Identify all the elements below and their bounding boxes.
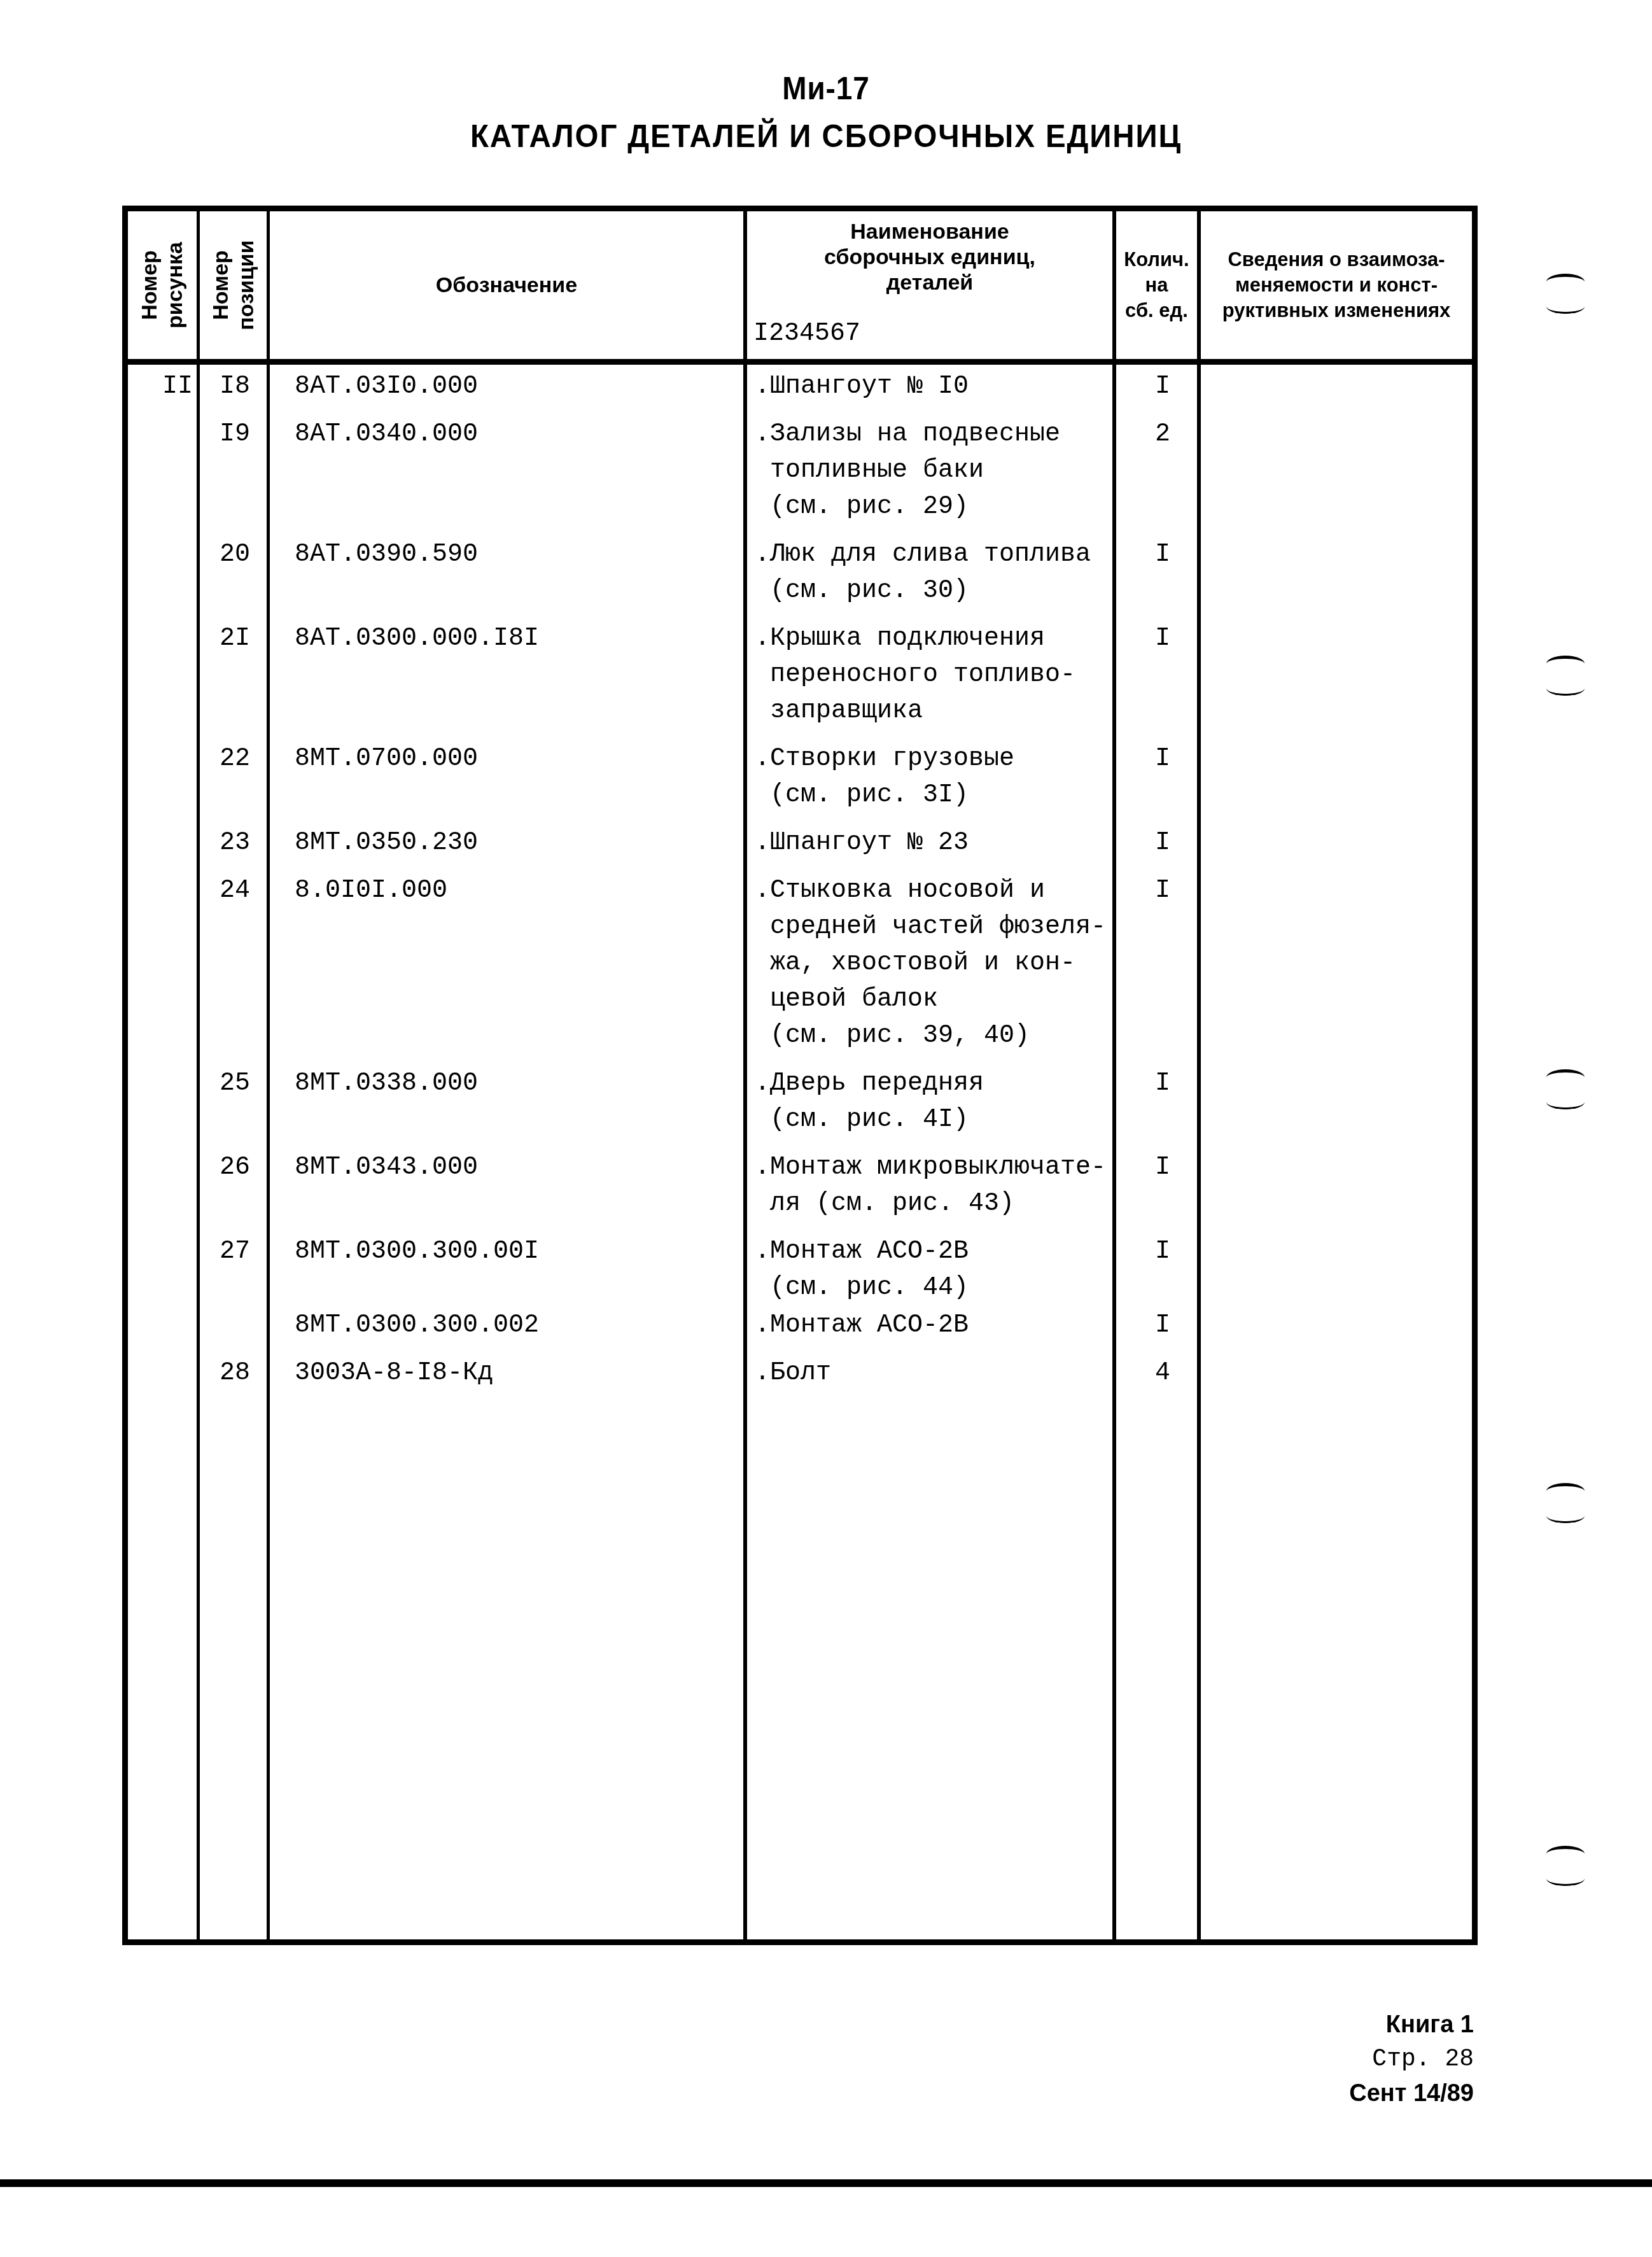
designation-cell: 8МТ.0700.000 xyxy=(295,741,478,777)
position-number-cell: 20 xyxy=(203,537,267,573)
designation-cell: 8МТ.0300.300.002 xyxy=(295,1307,539,1344)
column-divider xyxy=(267,211,270,1939)
header-position-number-label: Номер позиции xyxy=(208,240,259,330)
part-name-cell: .Болт xyxy=(755,1355,831,1391)
part-name-cell: .Крышка подключения переносного топливо-… xyxy=(755,621,1075,729)
quantity-cell: I xyxy=(1124,621,1201,657)
quantity-cell: I xyxy=(1124,1234,1201,1270)
quantity-cell: I xyxy=(1124,369,1201,405)
part-name-cell: .Шпангоут № 23 xyxy=(755,825,969,861)
position-number-cell: 25 xyxy=(203,1065,267,1102)
binder-hole-mark xyxy=(1546,274,1591,312)
binder-hole-mark xyxy=(1546,1483,1591,1521)
header-figure-number: Номер рисунка xyxy=(128,211,197,359)
footer-page: Стр. 28 xyxy=(1372,2046,1474,2073)
header-separator xyxy=(128,359,1472,365)
footer-date: Сент 14/89 xyxy=(1349,2080,1474,2107)
part-name-cell: .Створки грузовые (см. рис. 3I) xyxy=(755,741,1014,813)
position-number-cell: 23 xyxy=(203,825,267,861)
header-quantity: Колич. на сб. ед. xyxy=(1116,211,1197,359)
document-subtitle: КАТАЛОГ ДЕТАЛЕЙ И СБОРОЧНЫХ ЕДИНИЦ xyxy=(41,118,1611,155)
position-number-cell: 24 xyxy=(203,873,267,909)
header-designation: Обозначение xyxy=(270,211,743,359)
position-number-cell: 28 xyxy=(203,1355,267,1391)
header-name: Наименование сборочных единиц, деталей xyxy=(747,219,1112,295)
header-interchangeability: Сведения о взаимоза- меняемости и конст-… xyxy=(1201,211,1472,359)
position-number-cell: 2I xyxy=(203,621,267,657)
position-number-cell: I8 xyxy=(203,369,267,405)
designation-cell: 8АТ.0340.000 xyxy=(295,416,478,453)
part-name-cell: .Шпангоут № I0 xyxy=(755,369,969,405)
footer-book: Книга 1 xyxy=(1386,2011,1474,2039)
quantity-cell: 2 xyxy=(1124,416,1201,453)
quantity-cell: I xyxy=(1124,1307,1201,1344)
position-number-cell: 26 xyxy=(203,1150,267,1186)
designation-cell: 8.0I0I.000 xyxy=(295,873,447,909)
quantity-cell: I xyxy=(1124,873,1201,909)
designation-cell: 8МТ.0300.300.00I xyxy=(295,1234,539,1270)
column-divider xyxy=(743,211,747,1939)
header-figure-number-label: Номер рисунка xyxy=(137,242,188,328)
part-name-cell: .Монтаж АСО-2В (см. рис. 44) xyxy=(755,1234,969,1306)
parts-catalog-table: Номер рисунка Номер позиции Обозначение … xyxy=(122,206,1478,1945)
designation-cell: 8АТ.0390.590 xyxy=(295,537,478,573)
part-name-cell: .Дверь передняя (см. рис. 4I) xyxy=(755,1065,984,1138)
column-divider xyxy=(1112,211,1116,1939)
quantity-cell: I xyxy=(1124,741,1201,777)
part-name-cell: .Люк для слива топлива (см. рис. 30) xyxy=(755,537,1091,609)
quantity-cell: I xyxy=(1124,1065,1201,1102)
part-name-cell: .Стыковка носовой и средней частей фюзел… xyxy=(755,873,1106,1054)
designation-cell: 8МТ.0350.230 xyxy=(295,825,478,861)
designation-cell: 8АТ.0300.000.I8I xyxy=(295,621,539,657)
quantity-cell: 4 xyxy=(1124,1355,1201,1391)
binder-hole-mark xyxy=(1546,1069,1591,1107)
column-divider xyxy=(197,211,200,1939)
header-name-digits: I234567 xyxy=(753,320,860,348)
document-title: Ми-17 xyxy=(66,70,1586,107)
designation-cell: 8МТ.0343.000 xyxy=(295,1150,478,1186)
position-number-cell: I9 xyxy=(203,416,267,453)
header-position-number: Номер позиции xyxy=(200,211,267,359)
position-number-cell: 27 xyxy=(203,1234,267,1270)
quantity-cell: I xyxy=(1124,537,1201,573)
figure-number-cell: II xyxy=(128,369,197,405)
part-name-cell: .Зализы на подвесные топливные баки (см.… xyxy=(755,416,1060,525)
page-bottom-rule xyxy=(0,2179,1652,2187)
position-number-cell: 22 xyxy=(203,741,267,777)
binder-hole-mark xyxy=(1546,656,1591,694)
designation-cell: 8АТ.03I0.000 xyxy=(295,369,478,405)
part-name-cell: .Монтаж АСО-2В xyxy=(755,1307,969,1344)
quantity-cell: I xyxy=(1124,825,1201,861)
designation-cell: 8МТ.0338.000 xyxy=(295,1065,478,1102)
binder-hole-mark xyxy=(1546,1846,1591,1884)
designation-cell: 3003А-8-I8-Кд xyxy=(295,1355,493,1391)
part-name-cell: .Монтаж микровыключате- ля (см. рис. 43) xyxy=(755,1150,1106,1222)
quantity-cell: I xyxy=(1124,1150,1201,1186)
